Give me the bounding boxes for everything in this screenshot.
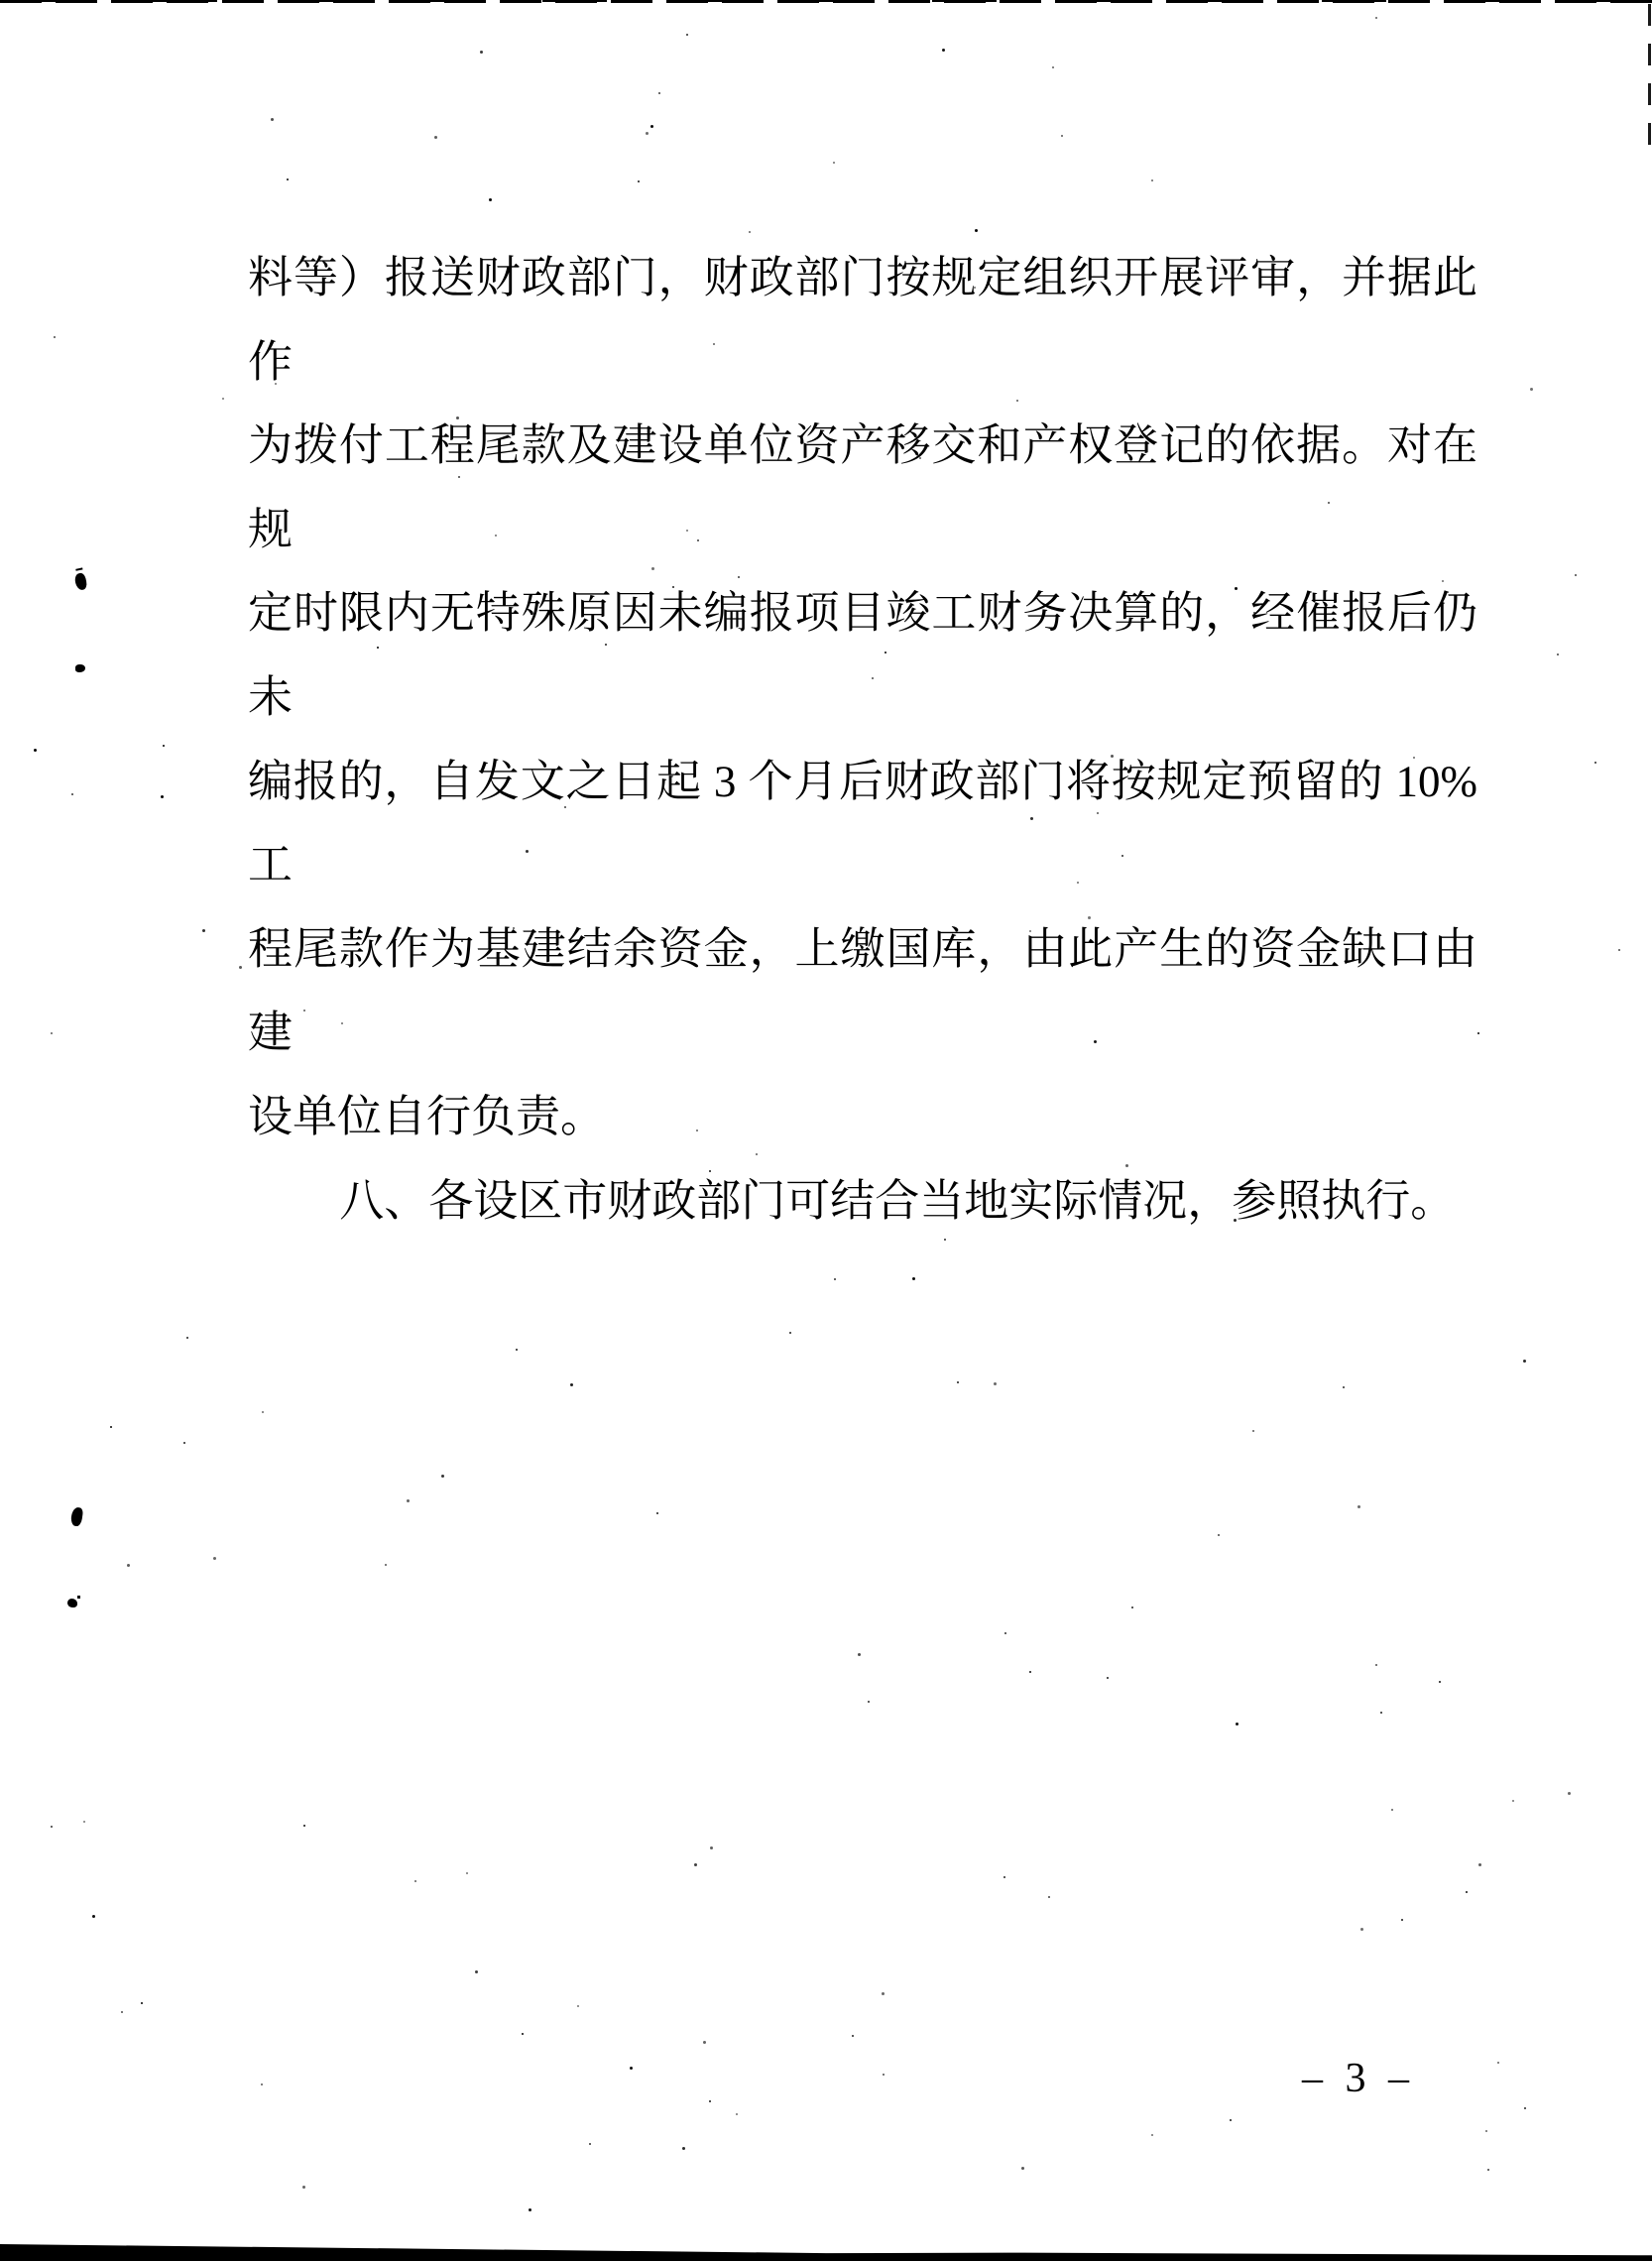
scan-noise-speck: [1218, 1534, 1220, 1536]
ink-blot: [67, 1599, 77, 1607]
scan-noise-speck: [275, 383, 277, 385]
scan-noise-speck: [1478, 1863, 1481, 1866]
scan-noise-speck: [239, 966, 242, 969]
scan-noise-speck: [1151, 2134, 1153, 2136]
scan-artifact-bottom-edge: [0, 2239, 1652, 2261]
scan-noise-speck: [202, 929, 205, 932]
scan-noise-speck: [1618, 949, 1620, 951]
scan-noise-speck: [303, 1825, 305, 1827]
ink-blot: [73, 572, 87, 591]
scan-noise-speck: [756, 1153, 758, 1155]
scan-noise-speck: [1030, 817, 1033, 820]
scan-noise-speck: [34, 749, 37, 752]
scan-noise-speck: [672, 586, 674, 588]
scan-noise-speck: [564, 806, 566, 808]
scan-noise-speck: [872, 677, 874, 679]
scan-noise-speck: [1004, 1632, 1006, 1634]
scan-noise-speck: [686, 530, 688, 532]
scan-noise-speck: [1121, 855, 1123, 857]
scan-noise-speck: [1111, 755, 1114, 758]
scan-noise-speck: [163, 745, 165, 747]
scan-artifact-right-edge: [1648, 4, 1651, 163]
scan-noise-speck: [1016, 400, 1018, 402]
paragraph-line-2: 为拨付工程尾款及建设单位资产移交和产权登记的依据。对在规: [248, 404, 1477, 571]
scan-noise-speck: [713, 343, 715, 345]
scan-noise-speck: [1151, 179, 1153, 181]
scan-noise-speck: [957, 1381, 959, 1383]
scan-noise-speck: [458, 476, 460, 478]
scan-noise-speck: [1530, 388, 1533, 391]
scan-noise-speck: [1485, 2130, 1487, 2132]
scan-noise-speck: [461, 940, 463, 942]
scan-noise-speck: [944, 1239, 946, 1241]
scan-noise-speck: [127, 1564, 130, 1567]
scan-noise-speck: [377, 647, 379, 649]
scan-noise-speck: [1343, 1386, 1345, 1388]
scan-noise-speck: [489, 198, 492, 201]
scan-noise-speck: [1088, 916, 1091, 919]
scan-noise-speck: [1094, 1040, 1097, 1043]
scan-noise-speck: [1413, 757, 1415, 759]
scan-noise-speck: [341, 1022, 343, 1024]
scan-noise-speck: [868, 1701, 870, 1703]
scan-noise-speck: [789, 1332, 791, 1334]
scan-noise-speck: [1235, 587, 1238, 590]
scan-noise-speck: [71, 793, 73, 795]
scan-noise-speck: [522, 2033, 524, 2035]
scan-noise-speck: [385, 1564, 387, 1566]
scan-noise-speck: [577, 2005, 579, 2007]
document-body: 料等）报送财政部门，财政部门按规定组织开展评审，并据此作 为拨付工程尾款及建设单…: [248, 236, 1477, 1243]
scan-noise-speck: [1253, 612, 1255, 614]
scan-noise-speck: [738, 576, 740, 578]
scan-noise-speck: [1497, 2062, 1499, 2064]
scan-noise-speck: [858, 1653, 861, 1656]
scanned-document-page: 料等）报送财政部门，财政部门按规定组织开展评审，并据此作 为拨付工程尾款及建设单…: [0, 0, 1652, 2261]
scan-noise-speck: [441, 1475, 444, 1478]
scan-noise-speck: [883, 2074, 885, 2076]
scan-noise-speck: [710, 1846, 713, 1849]
scan-noise-speck: [1029, 1671, 1031, 1673]
scan-noise-speck: [186, 1337, 188, 1339]
scan-noise-speck: [1360, 1928, 1363, 1931]
scan-noise-speck: [1380, 1712, 1382, 1714]
scan-noise-speck: [1077, 882, 1079, 884]
scan-noise-speck: [495, 535, 497, 536]
scan-noise-speck: [262, 1411, 264, 1413]
ink-blot: [70, 1506, 84, 1526]
scan-noise-speck: [529, 2208, 531, 2211]
scan-noise-speck: [1487, 2169, 1489, 2171]
scan-noise-speck: [51, 1826, 53, 1828]
scan-noise-speck: [1029, 930, 1031, 932]
scan-noise-speck: [656, 1512, 658, 1514]
scan-noise-speck: [709, 1170, 711, 1172]
scan-noise-speck: [834, 1278, 836, 1280]
scan-noise-speck: [1234, 1219, 1237, 1222]
scan-noise-speck: [994, 1382, 997, 1385]
scan-noise-speck: [682, 2147, 685, 2150]
scan-noise-speck: [1052, 66, 1054, 68]
scan-noise-speck: [1575, 574, 1577, 576]
scan-noise-speck: [1021, 2167, 1024, 2170]
scan-noise-speck: [83, 1821, 85, 1823]
scan-noise-speck: [1391, 1809, 1393, 1811]
scan-noise-speck: [1442, 580, 1444, 582]
scan-noise-speck: [912, 1277, 915, 1280]
scan-noise-speck: [1512, 1800, 1514, 1802]
scan-noise-speck: [54, 336, 56, 338]
scan-artifact-top-edge: [0, 0, 1652, 4]
scan-noise-speck: [1524, 2107, 1526, 2109]
scan-noise-speck: [697, 539, 699, 541]
scan-noise-speck: [271, 118, 274, 121]
scan-noise-speck: [1401, 1919, 1403, 1921]
paragraph-line-7: 八、各设区市财政部门可结合当地实际情况，参照执行。: [248, 1159, 1477, 1244]
scan-noise-speck: [882, 1992, 885, 1995]
scan-noise-speck: [1048, 1896, 1050, 1898]
scan-noise-speck: [51, 1032, 53, 1034]
ink-blot: [75, 664, 85, 672]
scan-noise-speck: [513, 927, 515, 929]
scan-noise-speck: [658, 92, 660, 94]
scan-noise-speck: [141, 2002, 143, 2004]
paragraph-line-1: 料等）报送财政部门，财政部门按规定组织开展评审，并据此作: [248, 236, 1477, 404]
scan-noise-speck: [261, 2083, 263, 2085]
scan-noise-speck: [1230, 2119, 1232, 2121]
scan-noise-speck: [407, 1499, 410, 1502]
scan-noise-speck: [1472, 450, 1475, 453]
scan-noise-speck: [456, 416, 459, 419]
paragraph-line-6: 设单位自行负责。: [248, 1075, 1477, 1159]
scan-noise-speck: [650, 125, 653, 128]
scan-noise-speck: [975, 229, 978, 232]
scan-noise-speck: [605, 644, 607, 646]
scan-noise-speck: [110, 1426, 112, 1428]
scan-noise-speck: [434, 136, 437, 139]
scan-noise-speck: [1097, 812, 1099, 814]
scan-noise-speck: [1375, 17, 1377, 19]
scan-noise-speck: [1357, 1505, 1360, 1508]
scan-noise-speck: [709, 2100, 711, 2102]
scan-noise-speck: [1252, 1430, 1254, 1432]
scan-noise-speck: [222, 398, 224, 400]
scan-noise-speck: [1328, 502, 1330, 504]
scan-noise-speck: [1003, 1876, 1005, 1878]
scan-noise-speck: [531, 441, 532, 443]
scan-noise-speck: [1375, 1664, 1377, 1666]
scan-noise-speck: [414, 1880, 416, 1882]
scan-noise-speck: [303, 1010, 305, 1011]
scan-noise-speck: [942, 49, 945, 52]
scan-noise-speck: [1466, 1891, 1468, 1893]
scan-noise-speck: [516, 1349, 518, 1351]
scan-noise-speck: [646, 132, 649, 135]
scan-noise-speck: [885, 652, 886, 654]
paragraph-line-5: 程尾款作为基建结余资金，上缴国库，由此产生的资金缺口由建: [248, 907, 1477, 1075]
scan-noise-speck: [183, 1442, 185, 1444]
scan-noise-speck: [1477, 1032, 1479, 1034]
scan-noise-speck: [121, 2011, 123, 2013]
scan-noise-speck: [696, 1130, 698, 1131]
scan-noise-speck: [703, 2041, 706, 2044]
scan-noise-speck: [919, 457, 921, 459]
scan-noise-speck: [92, 1915, 95, 1918]
scan-noise-speck: [1439, 1681, 1441, 1683]
scan-noise-speck: [686, 34, 688, 36]
scan-noise-speck: [833, 162, 835, 164]
paragraph-line-3: 定时限内无特殊原因未编报项目竣工财务决算的，经催报后仍未: [248, 571, 1477, 739]
scan-noise-speck: [570, 1383, 573, 1386]
scan-noise-speck: [466, 1872, 468, 1874]
paragraph-line-4: 编报的，自发文之日起 3 个月后财政部门将按规定预留的 10%工: [248, 740, 1477, 907]
scan-noise-speck: [974, 287, 976, 289]
scan-noise-speck: [1557, 654, 1559, 655]
scan-noise-speck: [1523, 1360, 1526, 1363]
scan-noise-speck: [1594, 762, 1596, 764]
scan-noise-speck: [852, 2035, 854, 2037]
scan-noise-speck: [1107, 1677, 1109, 1679]
scan-noise-speck: [589, 2143, 591, 2145]
scan-noise-speck: [651, 567, 654, 570]
scan-noise-speck: [638, 180, 640, 182]
scan-noise-speck: [1061, 135, 1063, 137]
scan-noise-speck: [694, 1863, 697, 1866]
scan-noise-speck: [1125, 1164, 1128, 1167]
scan-noise-speck: [302, 2186, 305, 2189]
scan-noise-speck: [1131, 1606, 1133, 1608]
scan-noise-speck: [480, 51, 483, 54]
scan-noise-speck: [526, 850, 529, 853]
scan-noise-speck: [1236, 1723, 1239, 1725]
scan-noise-speck: [475, 1970, 478, 1973]
scan-noise-speck: [1568, 1792, 1571, 1795]
scan-noise-speck: [161, 795, 164, 798]
scan-noise-speck: [749, 231, 751, 233]
page-number: – 3 –: [1284, 2055, 1433, 2102]
scan-noise-speck: [630, 2067, 633, 2070]
scan-noise-speck: [736, 2113, 738, 2115]
scan-noise-speck: [213, 1557, 216, 1560]
scan-noise-speck: [287, 178, 289, 180]
